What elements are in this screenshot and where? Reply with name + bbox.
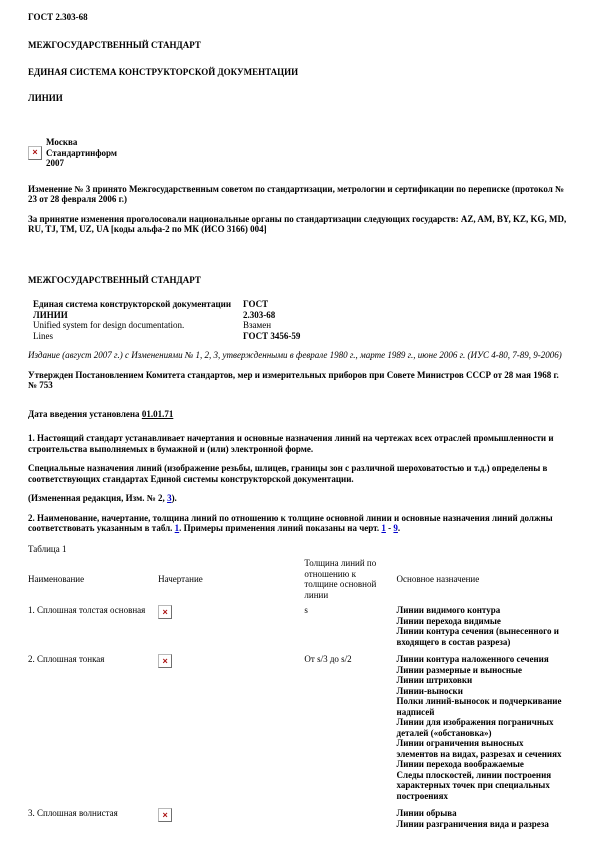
purpose-item: Линии штриховки bbox=[397, 675, 562, 686]
revision-note-suffix: ). bbox=[172, 493, 177, 503]
title-en: Lines bbox=[33, 331, 243, 342]
row-purposes: Линии контура наложенного сечения Линии … bbox=[397, 654, 570, 808]
broken-image-x-glyph: × bbox=[162, 811, 167, 820]
broken-image-x-glyph: × bbox=[162, 657, 167, 666]
revision-note: (Измененная редакция, Изм. № 2, 3). bbox=[28, 493, 570, 504]
purpose-item: Линии размерные и выносные bbox=[397, 665, 562, 676]
table-caption: Таблица 1 bbox=[28, 544, 570, 555]
header-thickness: Толщина линий по отношению к толщине осн… bbox=[304, 558, 396, 605]
row-appearance: × bbox=[158, 808, 304, 836]
row-thickness: От s/3 до s/2 bbox=[304, 654, 396, 808]
title-ru: ЛИНИИ bbox=[33, 310, 243, 321]
row-thickness bbox=[304, 808, 396, 836]
revision-note-prefix: (Измененная редакция, Изм. № 2, bbox=[28, 493, 167, 503]
row-appearance: × bbox=[158, 654, 304, 808]
paragraph-1-special: Специальные назначения линий (изображени… bbox=[28, 463, 570, 484]
purpose-item: Линии контура сечения (вынесенного и вхо… bbox=[397, 626, 562, 647]
row-purposes: Линии видимого контура Линии перехода ви… bbox=[397, 605, 570, 654]
standard-section-heading: МЕЖГОСУДАРСТВЕННЫЙ СТАНДАРТ bbox=[28, 275, 570, 286]
publisher-city: Москва bbox=[46, 137, 117, 148]
publisher-org: Стандартинформ bbox=[46, 148, 117, 159]
effective-date-label: Дата введения установлена bbox=[28, 409, 140, 419]
table-row: 3. Сплошная волнистая × Линии обрыва Лин… bbox=[28, 808, 570, 836]
title-system-en: Unified system for design documentation. bbox=[33, 320, 243, 331]
header-appearance: Начертание bbox=[158, 558, 304, 605]
amendment-note-2: За принятие изменения проголосовали наци… bbox=[28, 214, 570, 235]
publisher-block: × Москва Стандартинформ 2007 bbox=[28, 137, 570, 169]
broken-image-icon: × bbox=[158, 808, 172, 822]
row-thickness: s bbox=[304, 605, 396, 654]
title-block: Единая система конструкторской документа… bbox=[28, 299, 570, 341]
broken-image-icon: × bbox=[158, 654, 172, 668]
broken-image-icon: × bbox=[28, 146, 42, 160]
row-purposes: Линии обрыва Линии разграничения вида и … bbox=[397, 808, 570, 836]
purpose-item: Линии контура наложенного сечения bbox=[397, 654, 562, 665]
standard-type-heading: МЕЖГОСУДАРСТВЕННЫЙ СТАНДАРТ bbox=[28, 40, 570, 51]
broken-image-icon: × bbox=[158, 605, 172, 619]
purpose-item: Линии обрыва bbox=[397, 808, 562, 819]
doc-title-heading: ЛИНИИ bbox=[28, 93, 570, 104]
paragraph-2-period: . bbox=[398, 523, 400, 533]
header-name: Наименование bbox=[28, 558, 158, 605]
purpose-item: Линии видимого контура bbox=[397, 605, 562, 616]
code-number: 2.303-68 bbox=[243, 310, 443, 321]
paragraph-1: 1. Настоящий стандарт устанавливает наче… bbox=[28, 433, 570, 454]
purpose-item: Линии для изображения пограничных детале… bbox=[397, 717, 562, 738]
paragraph-2: 2. Наименование, начертание, толщина лин… bbox=[28, 513, 570, 534]
purpose-item: Линии-выноски bbox=[397, 686, 562, 697]
title-block-right: ГОСТ 2.303-68 Взамен ГОСТ 3456-59 bbox=[243, 299, 443, 341]
edition-note: Издание (август 2007 г.) с Изменениями №… bbox=[28, 350, 570, 361]
replaces-label: Взамен bbox=[243, 320, 443, 331]
publisher-lines: Москва Стандартинформ 2007 bbox=[46, 137, 117, 169]
doc-code: ГОСТ 2.303-68 bbox=[28, 12, 570, 23]
title-block-left: Единая система конструкторской документа… bbox=[33, 299, 243, 341]
purpose-item: Следы плоскостей, линии построения харак… bbox=[397, 770, 562, 802]
table-row: 1. Сплошная толстая основная × s Линии в… bbox=[28, 605, 570, 654]
system-heading: ЕДИНАЯ СИСТЕМА КОНСТРУКТОРСКОЙ ДОКУМЕНТА… bbox=[28, 67, 570, 78]
broken-image-x-glyph: × bbox=[162, 608, 167, 617]
publisher-year: 2007 bbox=[46, 158, 117, 169]
row-name: 1. Сплошная толстая основная bbox=[28, 605, 158, 654]
effective-date-line: Дата введения установлена 01.01.71 bbox=[28, 409, 570, 420]
purpose-item: Линии перехода воображаемые bbox=[397, 759, 562, 770]
effective-date-value: 01.01.71 bbox=[142, 409, 174, 419]
title-system-ru: Единая система конструкторской документа… bbox=[33, 299, 243, 310]
approval-note: Утвержден Постановлением Комитета станда… bbox=[28, 370, 570, 391]
purpose-item: Линии разграничения вида и разреза bbox=[397, 819, 562, 830]
purpose-item: Полки линий-выносок и подчеркивание надп… bbox=[397, 696, 562, 717]
broken-image-x-glyph: × bbox=[32, 148, 37, 157]
paragraph-2-text-2: . Примеры применения линий показаны на ч… bbox=[179, 523, 381, 533]
lines-table: Наименование Начертание Толщина линий по… bbox=[28, 558, 570, 836]
table-header-row: Наименование Начертание Толщина линий по… bbox=[28, 558, 570, 605]
row-appearance: × bbox=[158, 605, 304, 654]
replaces-code: ГОСТ 3456-59 bbox=[243, 331, 443, 342]
amendment-note-1: Изменение № 3 принято Межгосударственным… bbox=[28, 184, 570, 205]
code-label: ГОСТ bbox=[243, 299, 443, 310]
row-name: 3. Сплошная волнистая bbox=[28, 808, 158, 836]
purpose-item: Линии ограничения выносных элементов на … bbox=[397, 738, 562, 759]
purpose-item: Линии перехода видимые bbox=[397, 616, 562, 627]
row-name: 2. Сплошная тонкая bbox=[28, 654, 158, 808]
header-purpose: Основное назначение bbox=[397, 558, 570, 605]
table-row: 2. Сплошная тонкая × От s/3 до s/2 Линии… bbox=[28, 654, 570, 808]
